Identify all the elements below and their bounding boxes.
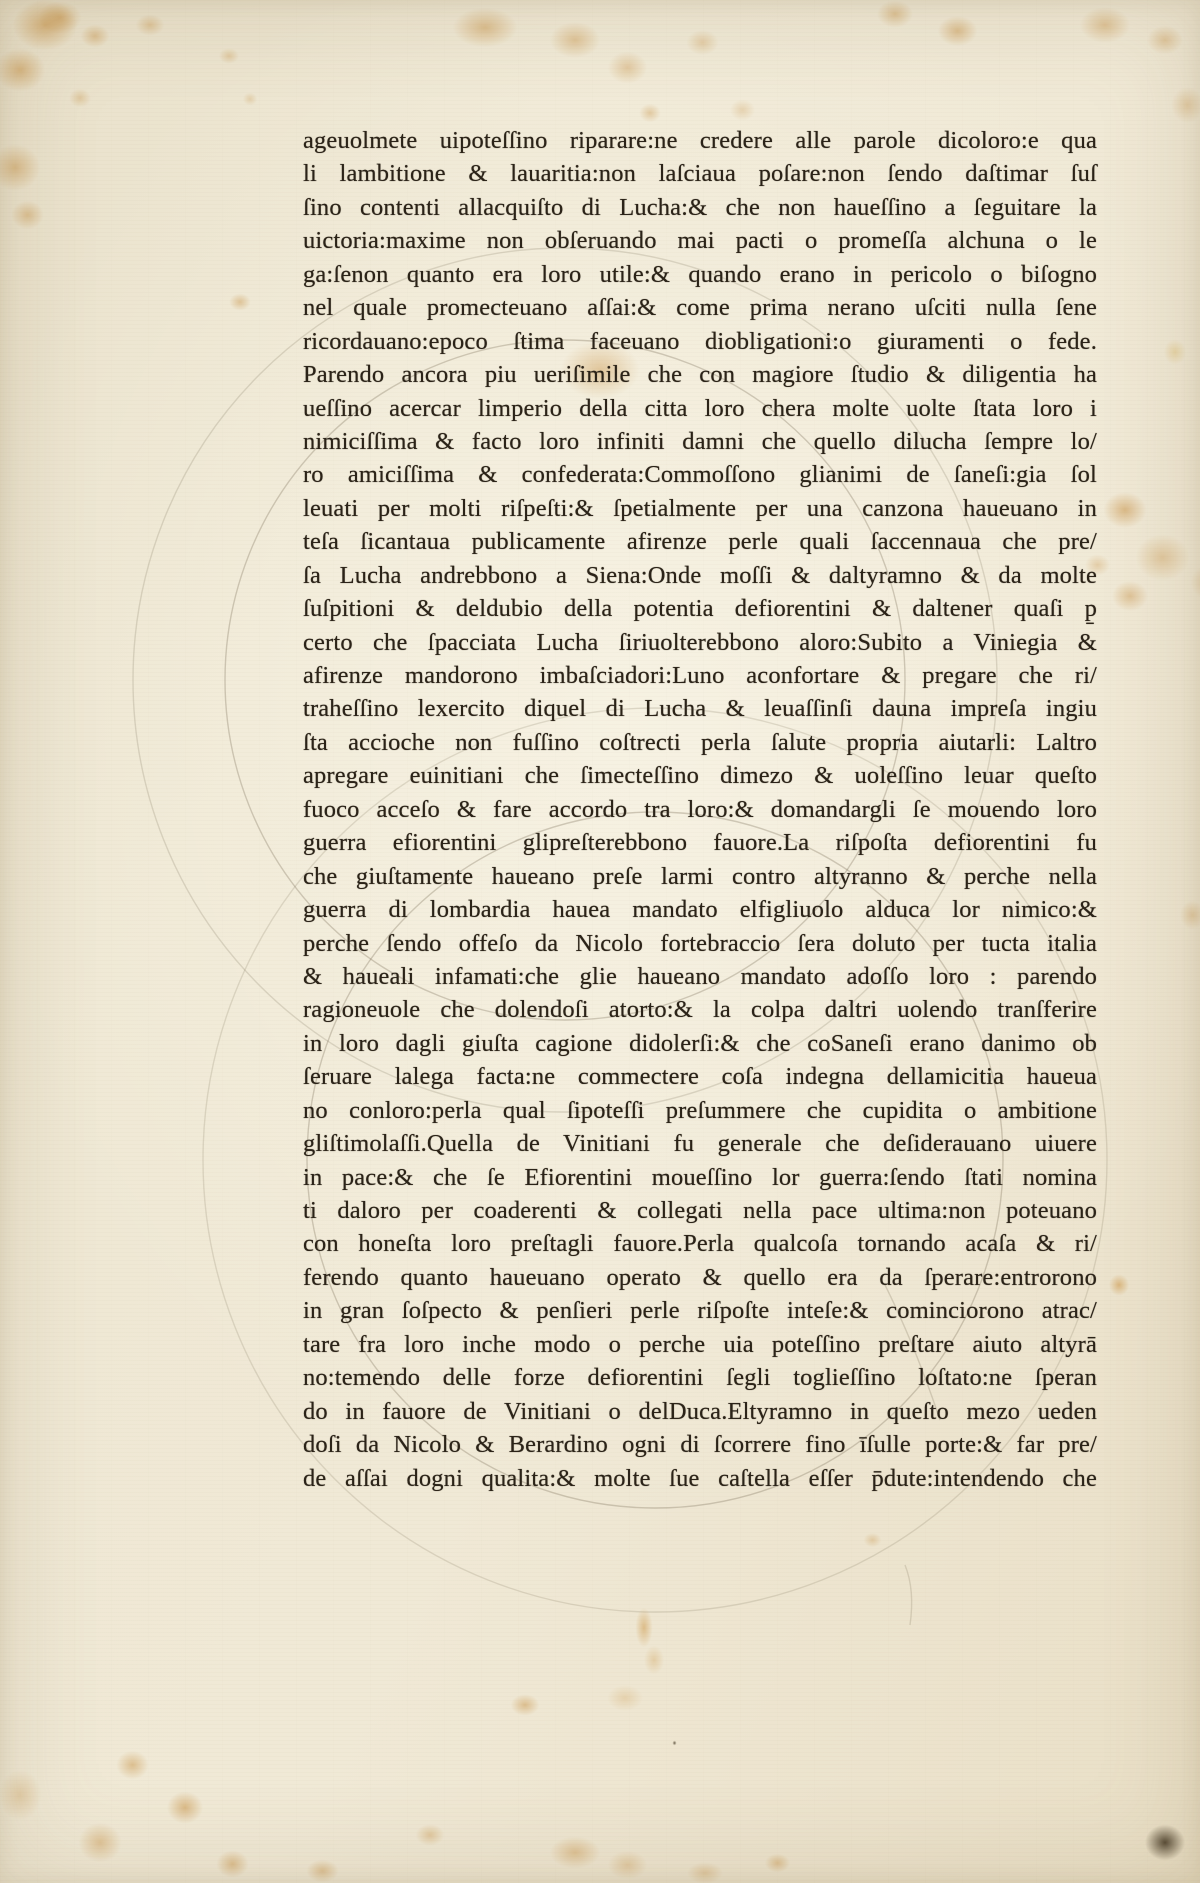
text-line: guerra efiorentini glipreſterebbono fauo… — [303, 826, 1097, 859]
text-line: perche ſendo offeſo da Nicolo fortebracc… — [303, 927, 1097, 960]
text-line: ageuolmete uipoteſſino riparare:ne crede… — [303, 124, 1097, 157]
text-line: no conloro:perla qual ſipoteſſi preſumme… — [303, 1094, 1097, 1127]
text-line: doſi da Nicolo & Berardino ogni di ſcorr… — [303, 1428, 1097, 1461]
text-line: guerra di lombardia hauea mandato elfigl… — [303, 893, 1097, 926]
text-line: fuoco acceſo & fare accordo tra loro:& d… — [303, 793, 1097, 826]
text-line: gliſtimolaſſi.Quella de Vinitiani fu gen… — [303, 1127, 1097, 1160]
text-line: uictoria:maxime non obſeruando mai pacti… — [303, 224, 1097, 257]
text-line: in pace:& che ſe Efiorentini moueſſino l… — [303, 1161, 1097, 1194]
text-line: Parendo ancora piu ueriſimile che con ma… — [303, 358, 1097, 391]
text-line: ſuſpitioni & deldubio della potentia def… — [303, 592, 1097, 625]
text-line: leuati per molti riſpeſti:& ſpetialmente… — [303, 492, 1097, 525]
text-line: teſa ſicantaua publicamente afirenze per… — [303, 525, 1097, 558]
text-line: ſeruare lalega facta:ne commectere coſa … — [303, 1060, 1097, 1093]
text-line: ſa Lucha andrebbono a Siena:Onde moſſi &… — [303, 559, 1097, 592]
text-line: & haueali infamati:che glie haueano mand… — [303, 960, 1097, 993]
text-line: ſino contenti allacquiſto di Lucha:& che… — [303, 191, 1097, 224]
text-line: afirenze mandorono imbaſciadori:Luno aco… — [303, 659, 1097, 692]
text-line: traheſſino lexercito diquel di Lucha & l… — [303, 692, 1097, 725]
text-block: ageuolmete uipoteſſino riparare:ne crede… — [303, 124, 1097, 1495]
text-line: ſta accioche non fuſſino coſtrecti perla… — [303, 726, 1097, 759]
text-line: nimiciſſima & facto loro infiniti damni … — [303, 425, 1097, 458]
text-line: li lambitione & lauaritia:non laſciaua p… — [303, 157, 1097, 190]
text-line: do in fauore de Vinitiani o delDuca.Elty… — [303, 1395, 1097, 1428]
text-line: con honeſta loro preſtagli fauore.Perla … — [303, 1227, 1097, 1260]
text-line: apregare euinitiani che ſimecteſſino dim… — [303, 759, 1097, 792]
text-line: ragioneuole che dolendoſi atorto:& la co… — [303, 993, 1097, 1026]
text-line: ferendo quanto haueuano operato & quello… — [303, 1261, 1097, 1294]
text-line: ro amiciſſima & confederata:Commoſſono g… — [303, 458, 1097, 491]
page-scan: { "page": { "kind": "incunabulum-scan", … — [0, 0, 1200, 1883]
text-line: no:temendo delle forze defiorentini ſegl… — [303, 1361, 1097, 1394]
text-line: ueſſino acercar limperio della citta lor… — [303, 392, 1097, 425]
text-line: in loro dagli giuſta cagione didolerſi:&… — [303, 1027, 1097, 1060]
text-line: ricordauano:epoco ſtima faceuano dioblig… — [303, 325, 1097, 358]
text-line: de aſſai dogni qualita:& molte ſue caſte… — [303, 1462, 1097, 1495]
text-line: ti daloro per coaderenti & collegati nel… — [303, 1194, 1097, 1227]
text-line: ga:ſenon quanto era loro utile:& quando … — [303, 258, 1097, 291]
text-line: che giuſtamente haueano preſe larmi cont… — [303, 860, 1097, 893]
text-line: in gran ſoſpecto & penſieri perle riſpoſ… — [303, 1294, 1097, 1327]
text-line: certo che ſpacciata Lucha ſiriuolterebbo… — [303, 626, 1097, 659]
scratch-mark — [905, 1565, 912, 1625]
text-line: tare fra loro inche modo o perche uia po… — [303, 1328, 1097, 1361]
text-line: nel quale promecteuano aſſai:& come prim… — [303, 291, 1097, 324]
